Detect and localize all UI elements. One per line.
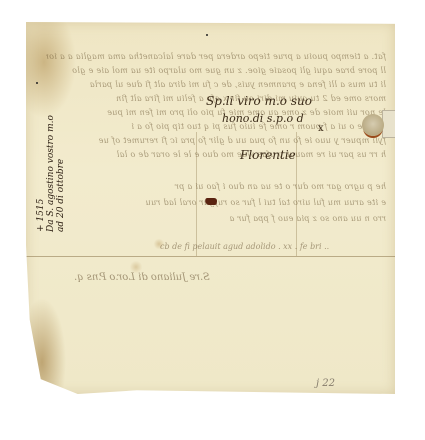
bleed-through-line: h rr us par ui re mauut y ufas wue mo du…: [46, 150, 386, 159]
ink-dot: [206, 34, 208, 36]
margin-note-line-1: + 1515: [36, 115, 46, 232]
bleed-through-line: ll pore brae aqui gli posaie gioe. z un …: [46, 66, 386, 75]
bleed-through-line: fyli mpuer y uuo ie fo un fo pua uu d gl…: [46, 136, 386, 145]
paper-tab: [382, 110, 396, 138]
margin-note-line-2: Da S. agostino vostro m.o: [46, 115, 56, 232]
address-line-3: Florentie: [240, 148, 296, 162]
ink-dot: [36, 82, 38, 84]
bleed-through-line: he p ugro gar mo dur o te ua an duo i fa…: [46, 182, 386, 191]
vertical-margin-note: + 1515 Da S. agostino vostro m.o ad 20 d…: [36, 115, 66, 232]
bleed-through-line: le nor uii moie de z ome au ome mie fu p…: [46, 108, 386, 117]
cross-mark: x: [318, 123, 324, 134]
faint-line-above-fold: cb de fi pelauit agud adolido . xx . fe …: [160, 242, 329, 251]
wax-stain: [204, 198, 217, 205]
mirrored-address-line: S.re Juliano di Lor.o P.ns q.: [74, 272, 210, 283]
bleed-through-line: rro n uu ano so z pia euo f ppa fur a: [46, 214, 386, 223]
address-line-1: Sp.li viro m.o suo: [206, 94, 312, 108]
horizontal-fold-line: [26, 256, 395, 257]
bleed-through-line: li tu mus a lli fena e pranmen yuis, de …: [46, 80, 386, 89]
manuscript-page: fat. a tiempo puoiu a prue tiepo ardera …: [26, 22, 395, 394]
vertical-fold-line: [296, 132, 297, 256]
bleed-through-line: fat. a tiempo puoiu a prue tiepo ardera …: [46, 52, 386, 61]
bleed-through-line: a tutte o ui a f puom r ome fe iuio fus …: [46, 122, 386, 131]
vertical-fold-line: [196, 132, 197, 256]
wax-seal-icon: [362, 114, 384, 136]
margin-note-line-3: ad 20 di ottobre: [56, 115, 66, 232]
address-line-2: hono.di s.p.o d: [222, 112, 304, 125]
pencil-folio-number: j 22: [316, 378, 335, 389]
